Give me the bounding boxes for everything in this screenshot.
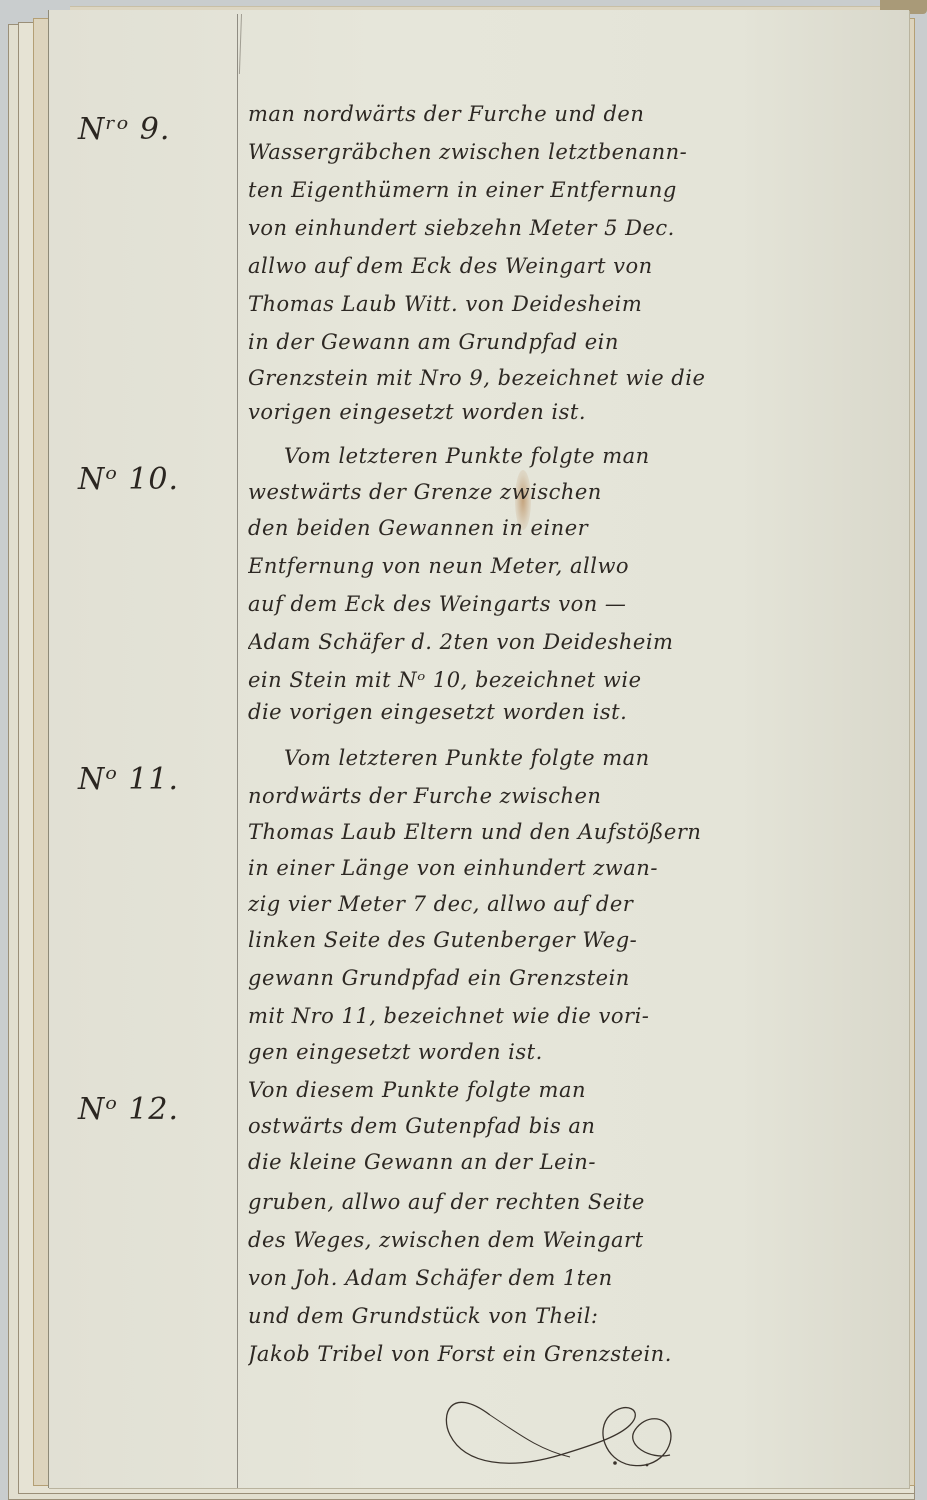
- text-line: Wassergräbchen zwischen letztbenann-: [248, 140, 920, 180]
- margin-rule: [237, 14, 238, 1488]
- text-line: Thomas Laub Eltern und den Aufstößern: [248, 820, 920, 860]
- entry-number-11: Nᵒ 11.: [78, 762, 179, 797]
- text-line: mit Nro 11, bezeichnet wie die vori-: [248, 1004, 920, 1044]
- text-line: von einhundert siebzehn Meter 5 Dec.: [248, 216, 920, 256]
- text-line: in der Gewann am Grundpfad ein: [248, 330, 920, 370]
- text-line: zig vier Meter 7 dec, allwo auf der: [248, 892, 920, 932]
- text-line: in einer Länge von einhundert zwan-: [248, 856, 920, 896]
- text-line: den beiden Gewannen in einer: [248, 516, 920, 556]
- text-line: Entfernung von neun Meter, allwo: [248, 554, 920, 594]
- text-line: von Joh. Adam Schäfer dem 1ten: [248, 1266, 920, 1306]
- text-line: ostwärts dem Gutenpfad bis an: [248, 1114, 920, 1154]
- text-line: gewann Grundpfad ein Grenzstein: [248, 966, 920, 1006]
- text-line: und dem Grundstück von Theil:: [248, 1304, 920, 1344]
- text-line: Adam Schäfer d. 2ten von Deidesheim: [248, 630, 920, 670]
- text-line: vorigen eingesetzt worden ist.: [248, 400, 920, 440]
- text-line: allwo auf dem Eck des Weingart von: [248, 254, 920, 294]
- text-line: gruben, allwo auf der rechten Seite: [248, 1190, 920, 1230]
- text-line: ten Eigenthümern in einer Entfernung: [248, 178, 920, 218]
- text-line: linken Seite des Gutenberger Weg-: [248, 928, 920, 968]
- text-line: des Weges, zwischen dem Weingart: [248, 1228, 920, 1268]
- text-line: man nordwärts der Furche und den: [248, 102, 920, 142]
- text-line: Von diesem Punkte folgte man: [248, 1078, 920, 1118]
- closing-flourish-icon: [430, 1375, 710, 1475]
- text-line: die kleine Gewann an der Lein-: [248, 1150, 920, 1190]
- text-line: Vom letzteren Punkte folgte man: [284, 746, 927, 786]
- text-line: Vom letzteren Punkte folgte man: [284, 444, 927, 484]
- text-line: Thomas Laub Witt. von Deidesheim: [248, 292, 920, 332]
- text-line: die vorigen eingesetzt worden ist.: [248, 700, 920, 740]
- entry-number-12: Nᵒ 12.: [78, 1092, 179, 1127]
- text-line: gen eingesetzt worden ist.: [248, 1040, 920, 1080]
- entry-number-9: Nʳᵒ 9.: [78, 112, 170, 147]
- text-line: westwärts der Grenze zwischen: [248, 480, 920, 520]
- text-line: nordwärts der Furche zwischen: [248, 784, 920, 824]
- text-line: auf dem Eck des Weingarts von —: [248, 592, 920, 632]
- entry-number-10: Nᵒ 10.: [78, 462, 179, 497]
